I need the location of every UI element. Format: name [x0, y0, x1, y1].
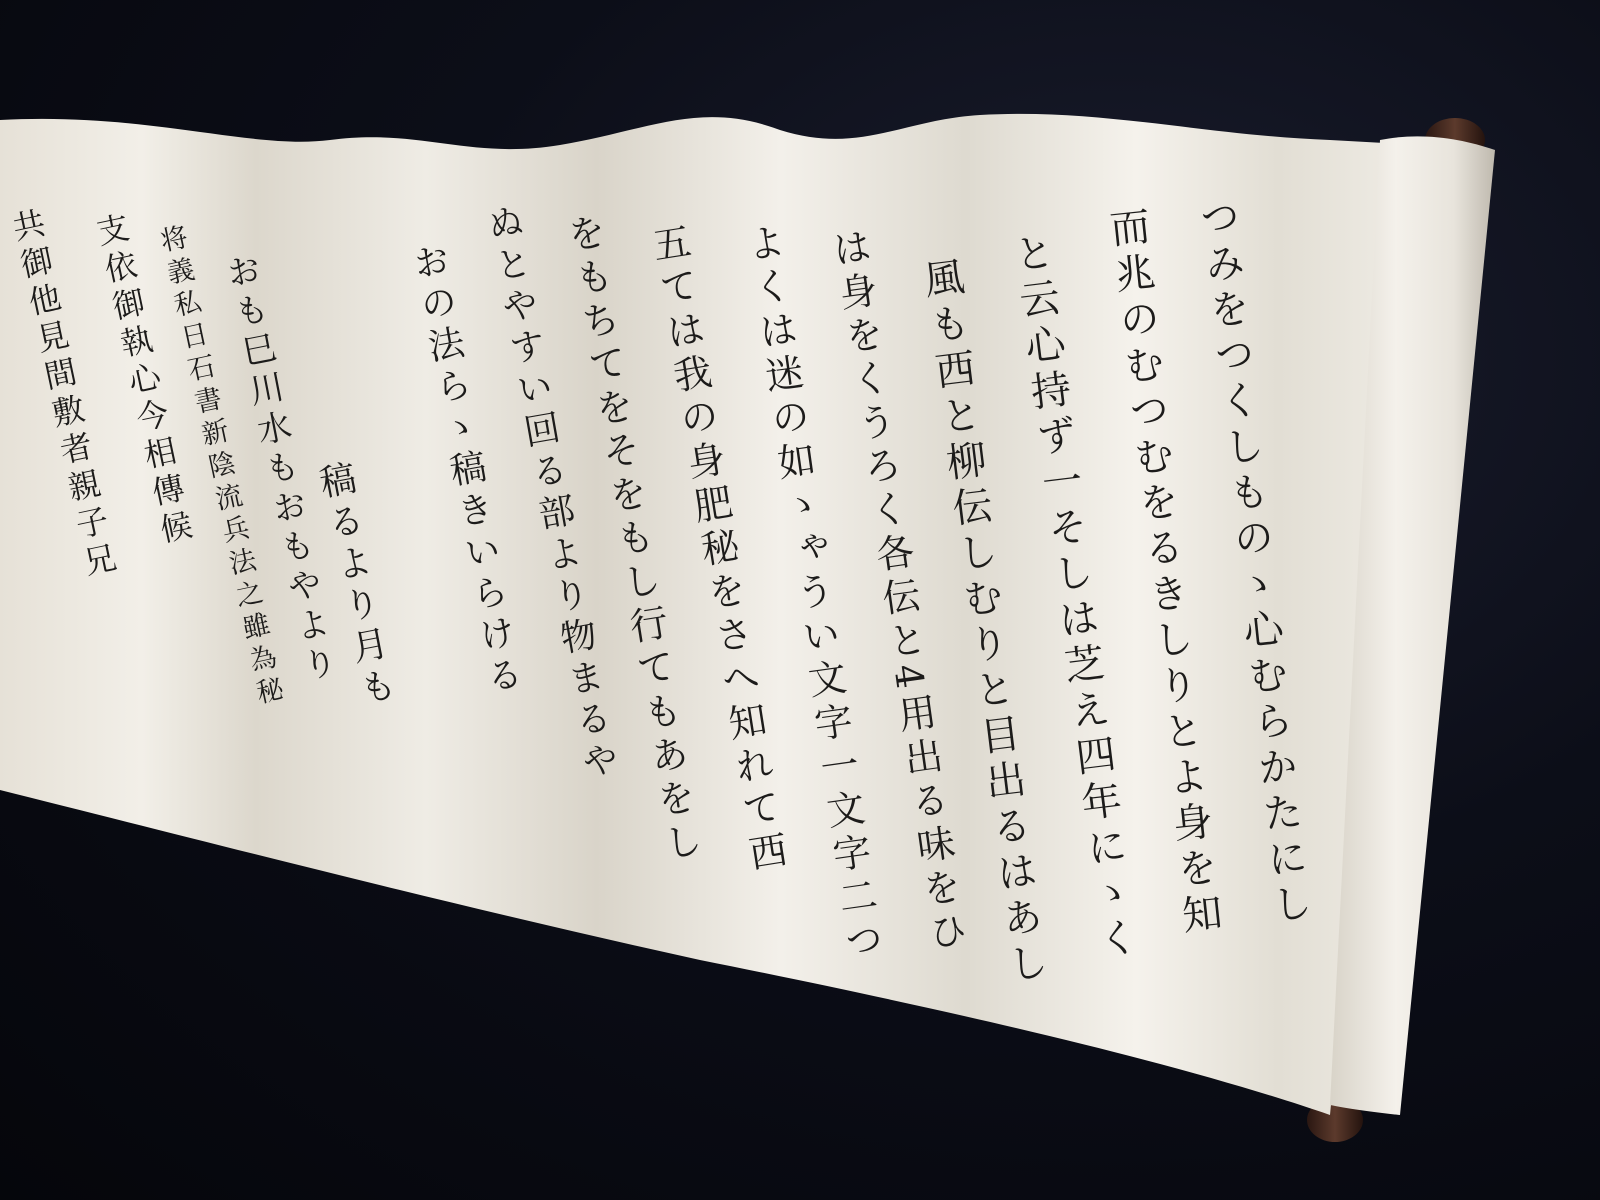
photo-scene: つみをつくしものゝ心むらかたにし 而兆のむつむをるきしりとよ身を知 と云心持ず一…: [0, 0, 1600, 1200]
